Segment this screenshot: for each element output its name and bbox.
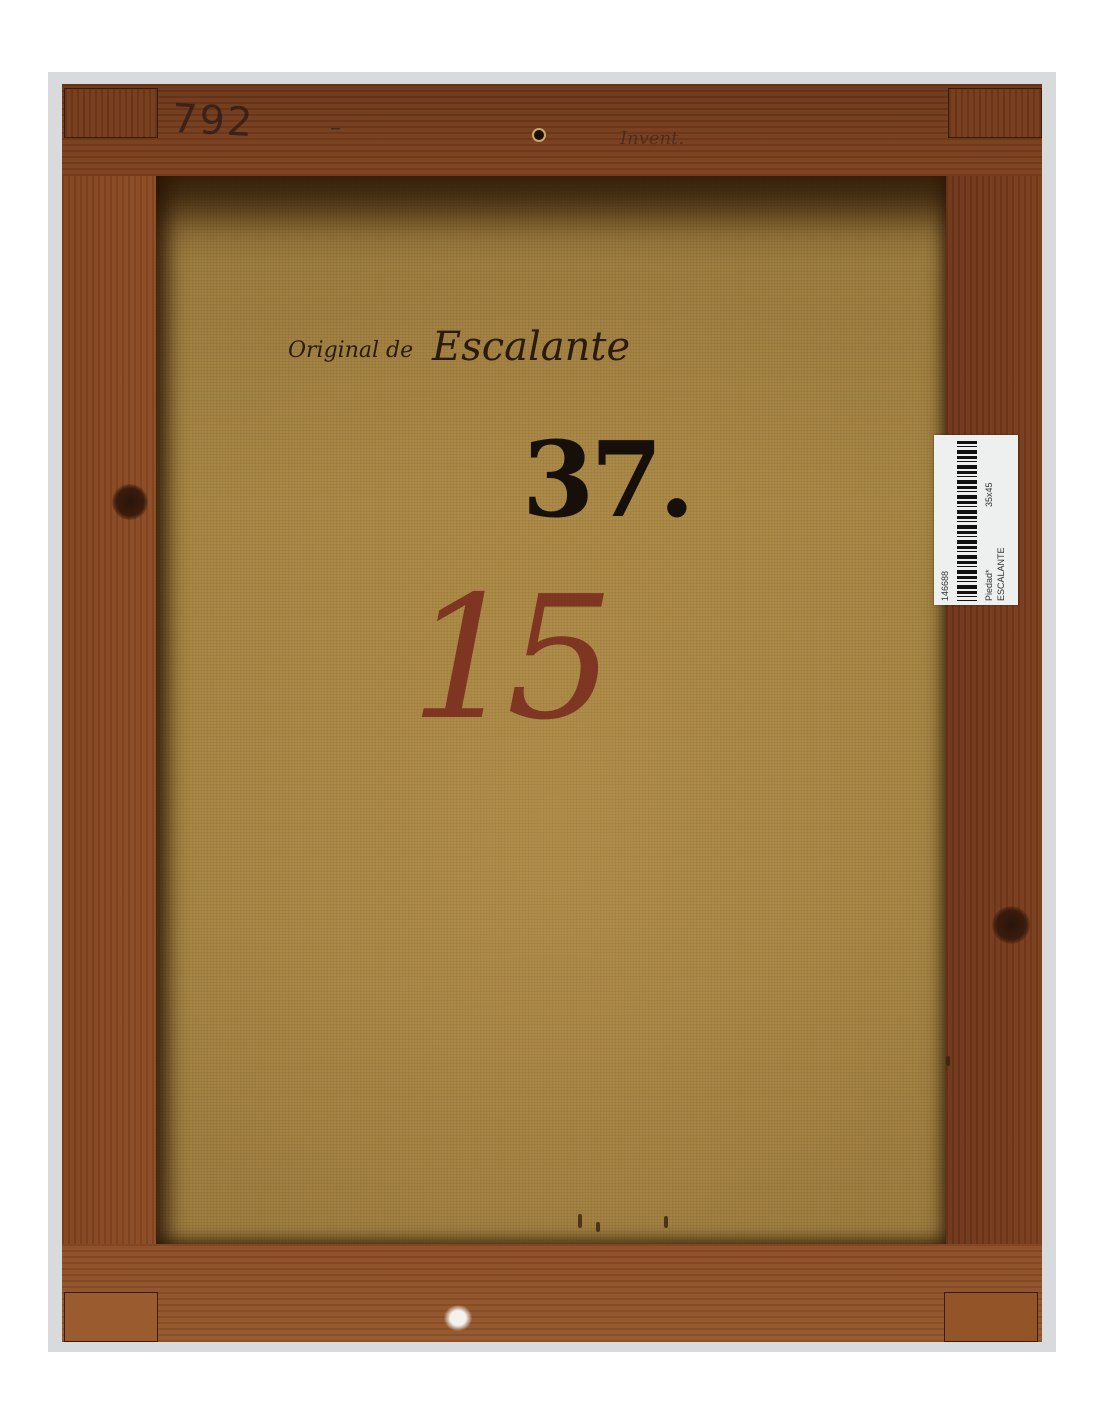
left-stile	[62, 176, 156, 1244]
label-id: 146688	[940, 571, 950, 601]
wood-knot-right	[992, 906, 1030, 944]
right-stile	[946, 176, 1042, 1244]
frame-number-792: 792	[171, 96, 256, 146]
barcode-icon	[957, 441, 977, 601]
inscription-escalante: Escalante	[432, 324, 630, 370]
wood-knot-left	[112, 484, 148, 520]
inventory-barcode-label: 146688 Piedad* ESCALANTE 35x45	[934, 435, 1018, 605]
frame-script-text: Invent.	[620, 128, 684, 149]
corner-joint-bottom-right	[944, 1292, 1038, 1342]
red-inventory-number: 15	[410, 560, 602, 758]
inscription-original-de: Original de	[288, 338, 413, 363]
paint-drip	[664, 1216, 668, 1228]
frame-dash-mark: –	[330, 116, 341, 141]
label-size: 35x45	[984, 482, 994, 507]
corner-joint-top-left	[64, 88, 158, 138]
paint-drip	[578, 1214, 582, 1228]
paint-drip	[596, 1222, 600, 1232]
corner-joint-bottom-left	[64, 1292, 158, 1342]
label-title: Piedad*	[984, 569, 994, 601]
bottom-rail	[62, 1244, 1042, 1342]
white-paint-mark	[444, 1305, 472, 1331]
label-artist: ESCALANTE	[996, 547, 1006, 601]
black-inventory-number: 37.	[522, 418, 691, 541]
paint-drip	[946, 1056, 950, 1066]
corner-joint-top-right	[948, 88, 1042, 138]
nail-hole	[534, 130, 544, 140]
